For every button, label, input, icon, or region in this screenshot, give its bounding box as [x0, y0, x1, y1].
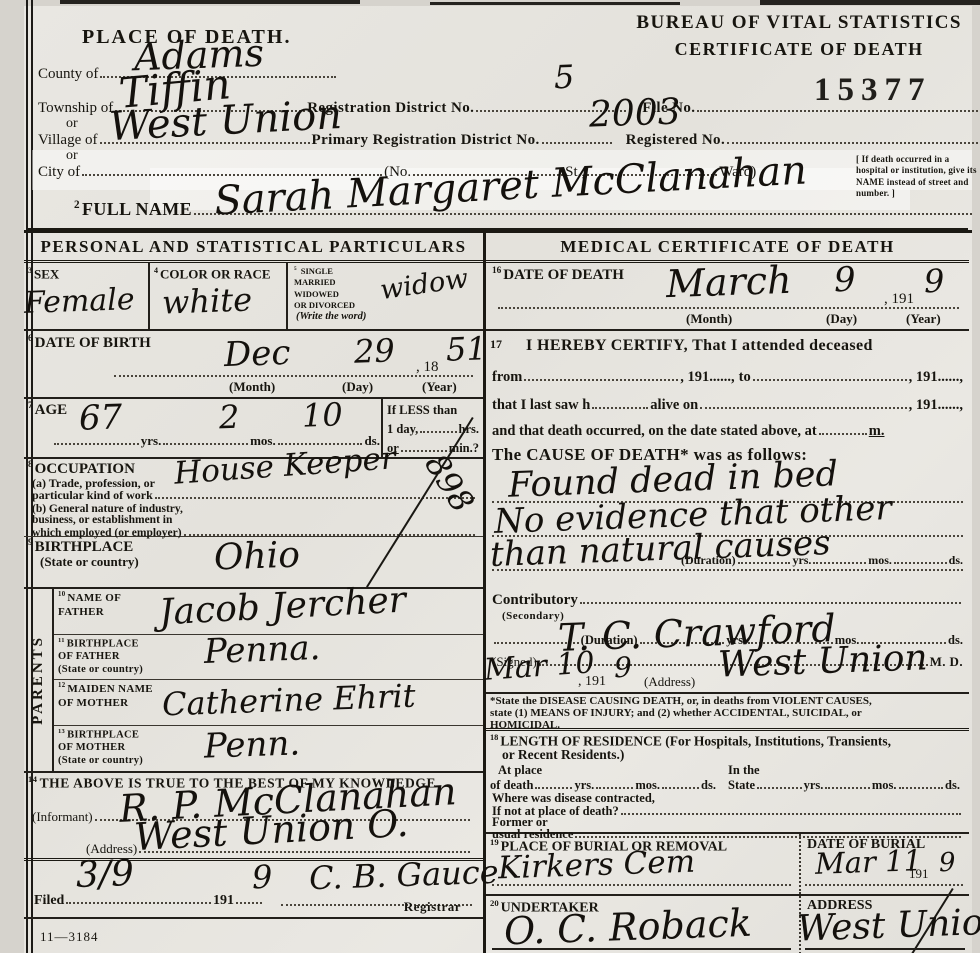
residence-section: 18LENGTH OF RESIDENCE (For Hospitals, In…: [486, 731, 969, 834]
dotted-line: [805, 884, 963, 886]
marital-line3: WIDOWED: [294, 289, 339, 299]
signed-year-handwriting: 9: [614, 654, 633, 683]
bureau-title: BUREAU OF VITAL STATISTICS CERTIFICATE O…: [636, 12, 962, 60]
certificate-body: PERSONAL AND STATISTICAL PARTICULARS 3SE…: [24, 230, 972, 953]
certify-to-label: to: [739, 369, 751, 386]
dob-month-caption: (Month): [229, 379, 275, 395]
parents-rows: 10NAME OFFATHER Jacob Jercher 11BIRTHPLA…: [54, 589, 483, 771]
filed-date-handwriting: 3/9: [75, 856, 134, 894]
scan-artifact: [430, 2, 680, 5]
father-name-number: 10: [58, 591, 65, 598]
form-number: 11—3184: [40, 929, 99, 945]
race-label: COLOR OR RACE: [160, 266, 271, 281]
mother-birthplace-line2: OF MOTHER: [58, 742, 125, 753]
residence-state-label: State: [728, 778, 755, 793]
dotted-line: [813, 553, 866, 564]
father-birthplace-sub: (State or country): [58, 664, 143, 675]
certify-last-saw: that I last saw h: [492, 397, 590, 414]
father-birthplace-number: 11: [58, 637, 65, 644]
dod-year-printed: , 191: [884, 291, 914, 308]
sex-label: SEX: [34, 266, 59, 281]
race-value-handwriting: white: [161, 283, 252, 318]
occupation-section: 8OCCUPATION (a) Trade, profession, or pa…: [24, 459, 483, 537]
age-years-handwriting: 67: [78, 400, 122, 435]
full-name-label: FULL NAME: [82, 199, 192, 219]
age-yrs-unit: yrs.: [141, 433, 162, 449]
mother-name-number: 12: [58, 682, 65, 689]
burial-place-cell: 19PLACE OF BURIAL OR REMOVAL Kirkers Cem: [486, 834, 801, 894]
dotted-line: [738, 553, 791, 564]
sex-value-handwriting: Female: [24, 285, 136, 319]
cause-duration-row: (Duration) yrs. mos. ds.: [681, 553, 963, 568]
scan-artifact: [760, 0, 980, 5]
mother-name-row: 12MAIDEN NAMEOF MOTHER Catherine Ehrit: [54, 680, 483, 726]
footnote-section: *State the DISEASE CAUSING DEATH, or, in…: [486, 694, 969, 731]
footnote-line3: HOMICIDAL.: [490, 719, 560, 731]
registrar-signature-handwriting: C. B. Gauce: [308, 856, 499, 895]
age-days-handwriting: 10: [301, 398, 343, 431]
dotted-line: [420, 421, 456, 433]
footnote-line2: state (1) MEANS OF INJURY; and (2) wheth…: [490, 707, 862, 719]
residence-label2: or Recent Residents.): [502, 747, 624, 763]
dotted-line: [401, 440, 447, 452]
father-birthplace-handwriting: Penna.: [203, 630, 320, 668]
hospital-note: [ If death occurred in a hospital or ins…: [856, 154, 978, 199]
race-cell: 4COLOR OR RACE white: [150, 263, 288, 329]
medical-certificate-column: MEDICAL CERTIFICATE OF DEATH 16DATE OF D…: [486, 233, 969, 953]
city-label: City of: [38, 164, 80, 181]
dod-year-handwriting: 9: [923, 265, 944, 298]
medical-title: MEDICAL CERTIFICATE OF DEATH: [486, 233, 969, 263]
primary-registration-label: Primary Registration District No.: [312, 132, 540, 149]
birthplace-section: 9BIRTHPLACE (State or country) Ohio 898: [24, 537, 483, 589]
full-name-number: 2: [74, 199, 80, 211]
residence-ds2: ds.: [945, 778, 960, 793]
burial-section: 19PLACE OF BURIAL OR REMOVAL Kirkers Cem…: [486, 834, 969, 896]
marital-line4: OR DIVORCED: [294, 300, 355, 310]
occupation-label: OCCUPATION: [35, 461, 135, 477]
signature-rule: [805, 948, 965, 950]
age-less-line2: 1 day,: [387, 420, 418, 439]
burial-date-cell: DATE OF BURIAL Mar 11 191 9: [801, 834, 969, 894]
race-number: 4: [154, 266, 158, 275]
certify-meridiem: m.: [869, 423, 885, 440]
dotted-line: [727, 130, 980, 144]
cause-of-death-section: Found dead in bed No evidence that other…: [486, 471, 969, 586]
certify-occurred-row: and that death occurred, on the date sta…: [492, 421, 963, 440]
dotted-line: [757, 777, 802, 789]
attestation-section: 14THE ABOVE IS TRUE TO THE BEST OF MY KN…: [24, 773, 483, 861]
parents-group: PARENTS 10NAME OFFATHER Jacob Jercher 11…: [24, 589, 483, 773]
residence-number: 18: [490, 733, 498, 742]
father-name-row: 10NAME OFFATHER Jacob Jercher: [54, 589, 483, 635]
filed-row: Filed 191: [34, 891, 264, 909]
dotted-line: [662, 777, 699, 789]
secondary-label: (Secondary): [502, 610, 564, 622]
age-less-line1: If LESS than: [387, 403, 457, 417]
form-number-stub: 11—3184: [24, 919, 483, 952]
mother-name-line2: OF MOTHER: [58, 697, 128, 709]
contributory-row: Contributory: [492, 590, 963, 609]
father-name-line2: FATHER: [58, 606, 104, 618]
file-no-value: 15377: [814, 72, 932, 109]
undertaker-handwriting: O. C. Roback: [503, 904, 752, 951]
occupation-number: 8: [28, 460, 33, 470]
dob-day-handwriting: 29: [353, 334, 395, 367]
village-label: Village of: [38, 132, 98, 149]
mother-birthplace-handwriting: Penn.: [203, 726, 300, 763]
mother-name-handwriting: Catherine Ehrit: [162, 680, 417, 721]
primary-reg-value-handwriting: 2003: [588, 94, 681, 133]
dotted-line: [592, 395, 648, 409]
township-label: Township of: [38, 100, 113, 117]
burial-year-printed: 191: [909, 866, 929, 882]
father-name-line1: NAME OF: [67, 592, 121, 604]
signed-address-handwriting: West Union: [717, 640, 928, 683]
birthplace-label: BIRTHPLACE: [35, 539, 134, 555]
village-value-handwriting: West Union: [108, 95, 343, 147]
filed-label: Filed: [34, 893, 64, 909]
footnote-line1: *State the DISEASE CAUSING DEATH, or, in…: [490, 695, 872, 707]
age-label: AGE: [35, 402, 68, 418]
age-less-than-box: If LESS than 1 day,hrs. ormin.?: [381, 399, 483, 457]
burial-number: 19: [490, 837, 499, 847]
certify-year-blank2: , 191......,: [909, 369, 963, 386]
undertaker-section: 20UNDERTAKER O. C. Roback ADDRESS West U…: [486, 896, 969, 953]
certify-intro: I HEREBY CERTIFY, That I attended deceas…: [526, 337, 873, 355]
signature-rule: [492, 948, 791, 950]
dod-day-handwriting: 9: [833, 263, 856, 298]
sex-cell: 3SEX Female: [24, 263, 150, 329]
birthplace-value-handwriting: Ohio: [213, 538, 300, 577]
dod-month-handwriting: March: [665, 261, 792, 303]
residence-at-place1: At place: [498, 763, 542, 778]
occupation-a-line2: particular kind of work: [32, 488, 153, 503]
residence-in-the: In the: [728, 763, 760, 778]
birthplace-number: 9: [28, 538, 33, 548]
dod-number: 16: [492, 266, 501, 276]
cause-duration-label: (Duration): [681, 553, 736, 568]
md-label: M. D.: [930, 654, 963, 670]
bureau-line1: BUREAU OF VITAL STATISTICS: [636, 12, 962, 34]
mother-birthplace-line1: BIRTHPLACE: [67, 729, 139, 740]
dob-year-printed: , 18: [416, 359, 439, 376]
certify-occurred: and that death occurred, on the date sta…: [492, 423, 817, 440]
residence-q1b-row: If not at place of death?: [492, 803, 963, 819]
residence-yrs2: yrs.: [804, 778, 824, 793]
cause-ds: ds.: [949, 553, 963, 568]
filed-section: Filed 191 3/9 9 C. B. Gauce Registrar: [24, 861, 483, 919]
dotted-line: [535, 777, 572, 789]
residence-mos2: mos.: [872, 778, 897, 793]
father-birthplace-row: 11BIRTHPLACEOF FATHER(State or country) …: [54, 635, 483, 681]
dob-month-handwriting: Dec: [223, 336, 291, 372]
age-number: 7: [28, 401, 33, 411]
burial-date-handwriting: Mar 11: [815, 846, 923, 879]
dotted-line: [825, 777, 870, 789]
contributory-label: Contributory: [492, 592, 578, 609]
dob-year-handwriting: 51: [445, 332, 487, 365]
dod-day-caption: (Day): [826, 311, 857, 327]
dotted-line: [899, 777, 944, 789]
undertaker-address-handwriting: West Union: [796, 904, 980, 947]
certify-number: 17: [490, 337, 502, 352]
parents-label: PARENTS: [30, 635, 47, 725]
scan-artifact: [60, 0, 360, 4]
father-birthplace-line2: OF FATHER: [58, 651, 120, 662]
death-certificate-scan: PLACE OF DEATH. BUREAU OF VITAL STATISTI…: [0, 0, 980, 953]
cause-mos: mos.: [868, 553, 892, 568]
father-birthplace-line1: BIRTHPLACE: [67, 638, 139, 649]
marital-number: 5: [294, 266, 297, 272]
date-of-birth-section: 6DATE OF BIRTH Dec 29 , 18 51 (Month) (D…: [24, 331, 483, 399]
filed-year-handwriting: 9: [251, 861, 272, 894]
dob-year-caption: (Year): [422, 379, 457, 395]
dotted-line: [819, 421, 867, 435]
dotted-line: [700, 395, 906, 409]
personal-title: PERSONAL AND STATISTICAL PARTICULARS: [24, 233, 483, 263]
parents-strip: PARENTS: [24, 589, 54, 771]
father-name-handwriting: Jacob Jercher: [158, 583, 407, 632]
certify-year-blank1: , 191......,: [680, 369, 734, 386]
undertaker-address-cell: ADDRESS West Union: [801, 896, 969, 953]
dotted-line: [580, 590, 961, 604]
personal-particulars-column: PERSONAL AND STATISTICAL PARTICULARS 3SE…: [24, 233, 486, 953]
undertaker-number: 20: [490, 898, 499, 908]
burial-place-handwriting: Kirkers Cem: [498, 847, 696, 885]
marital-line2: MARRIED: [294, 277, 336, 287]
residence-ds1: ds.: [701, 778, 716, 793]
dotted-line: [492, 884, 791, 886]
birthplace-sub-label: (State or country): [40, 554, 139, 570]
mother-name-line1: MAIDEN NAME: [67, 683, 153, 695]
undertaker-cell: 20UNDERTAKER O. C. Roback: [486, 896, 801, 953]
contributory-ds: ds.: [948, 633, 963, 648]
informant-label: (Informant): [32, 809, 93, 825]
marital-note: (Write the word): [296, 311, 366, 322]
county-label: County of: [38, 66, 98, 83]
attest-number: 14: [28, 775, 38, 784]
age-mos-unit: mos.: [250, 433, 276, 449]
dotted-line: [596, 777, 633, 789]
mother-birthplace-sub: (State or country): [58, 755, 143, 766]
dob-day-caption: (Day): [342, 379, 373, 395]
dod-year-caption: (Year): [906, 311, 941, 327]
dob-number: 6: [28, 334, 33, 344]
mother-birthplace-number: 13: [58, 728, 65, 735]
certify-section: 17 I HEREBY CERTIFY, That I attended dec…: [486, 331, 969, 471]
age-months-handwriting: 2: [218, 401, 239, 434]
burial-year-handwriting: 9: [939, 850, 956, 877]
dotted-line: [184, 525, 475, 536]
occupation-a-line2-row: particular kind of work: [32, 488, 477, 503]
mother-birthplace-row: 13BIRTHPLACEOF MOTHER(State or country) …: [54, 726, 483, 771]
signed-address-label: (Address): [644, 674, 695, 690]
sex-race-marital-row: 3SEX Female 4COLOR OR RACE white 5 SINGL…: [24, 263, 483, 331]
certify-last-saw-row: that I last saw h alive on , 191......,: [492, 395, 963, 414]
contributory-section: Contributory (Secondary) (Duration) yrs.…: [486, 586, 969, 694]
certify-alive-on: alive on: [650, 397, 698, 414]
certify-from-label: from: [492, 369, 522, 386]
dotted-line: [894, 553, 947, 564]
bureau-line2: CERTIFICATE OF DEATH: [636, 39, 962, 60]
dotted-line: [753, 367, 907, 381]
dod-month-caption: (Month): [686, 311, 732, 327]
signed-year-printed: , 191: [578, 674, 606, 690]
filed-year-printed: 191: [213, 893, 234, 909]
registered-no-label: Registered No.: [626, 132, 725, 149]
residence-state-row: State yrs. mos. ds.: [728, 777, 960, 793]
marital-cell: 5 SINGLE MARRIED WIDOWED OR DIVORCED (Wr…: [288, 263, 483, 329]
dob-label: DATE OF BIRTH: [35, 335, 151, 351]
certify-year-blank3: , 191......,: [909, 397, 963, 414]
cause-yrs: yrs.: [792, 553, 811, 568]
reg-district-value-handwriting: 5: [553, 61, 574, 94]
date-of-death-section: 16DATE OF DEATH March 9 , 191 9 (Month) …: [486, 263, 969, 331]
sex-number: 3: [28, 266, 32, 275]
marital-line1: SINGLE: [301, 266, 333, 276]
certify-from-to-row: from , 191......, to , 191......,: [492, 367, 963, 386]
certificate-header: PLACE OF DEATH. BUREAU OF VITAL STATISTI…: [24, 6, 972, 230]
registrar-label: Registrar: [404, 899, 461, 915]
dod-label: DATE OF DEATH: [503, 267, 624, 283]
dotted-line: [524, 367, 678, 381]
dotted-line: [621, 803, 961, 815]
